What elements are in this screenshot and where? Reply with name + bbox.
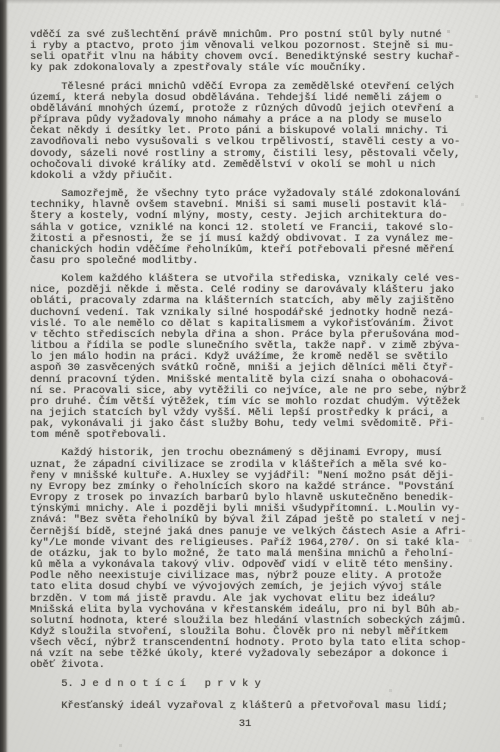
paragraph: Kolem každého kláštera se utvořila střed… (30, 274, 492, 441)
paragraph: Křesťanský ideál vyzařoval z klášterů a … (30, 701, 492, 712)
scanned-page: { "page": { "number_label": "31", "secti… (0, 0, 500, 752)
scan-noise-speckles (0, 0, 1, 1)
page-body: vděčí za své zušlechtění právě mnichům. … (30, 30, 492, 737)
paragraph-continuation: vděčí za své zušlechtění právě mnichům. … (30, 30, 492, 75)
scan-edge-shadow (0, 0, 9, 752)
section-heading: 5. J e d n o t í c í p r v k y (30, 679, 492, 690)
page-number: 31 (14, 719, 476, 730)
paragraph: Samozřejmě, že všechny tyto práce vyžado… (30, 189, 492, 267)
paragraph: Každý historik, jen trochu obeznámený s … (30, 448, 492, 671)
scan-top-shade (0, 0, 500, 4)
paragraph: Tělesné práci mnichů vděčí Evropa za zem… (30, 82, 492, 182)
